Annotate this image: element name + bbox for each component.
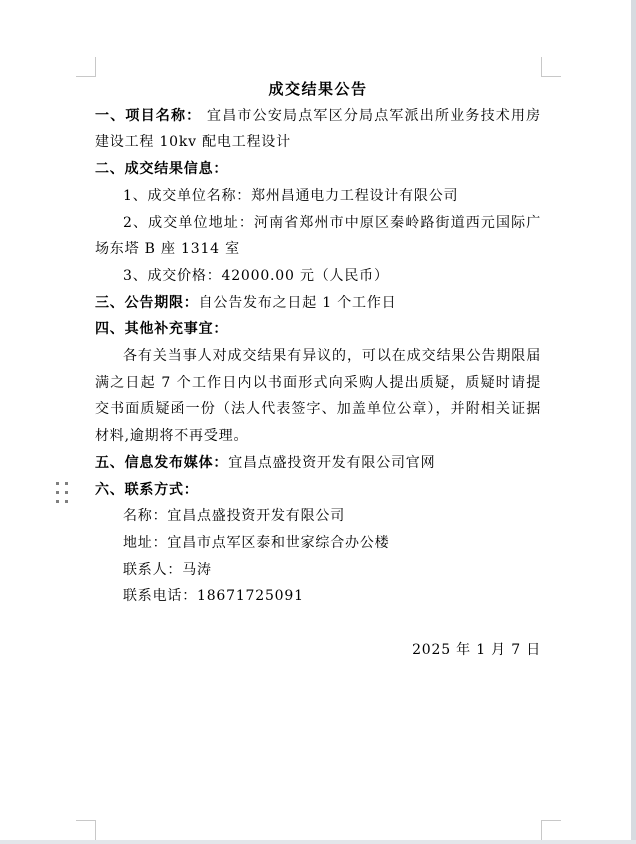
bottom-window-edge [0, 840, 636, 844]
paragraph-text: 名称：宜昌点盛投资开发有限公司 [123, 508, 345, 524]
paragraph-text: 1、成交单位名称：郑州昌通电力工程设计有限公司 [123, 188, 458, 204]
paragraph-result-heading: 二、成交结果信息： [95, 156, 541, 183]
paragraph-contact-name: 名称：宜昌点盛投资开发有限公司 [95, 503, 541, 530]
paragraph-winner-name: 1、成交单位名称：郑州昌通电力工程设计有限公司 [95, 183, 541, 210]
paragraph-project-name: 一、项目名称： 宜昌市公安局点军区分局点军派出所业务技术用房建设工程 10kv … [95, 103, 541, 156]
drag-handle-dot [56, 491, 59, 494]
paragraph-objection-note: 各有关当事人对成交结果有异议的，可以在成交结果公告期限届满之日起 7 个工作日内… [95, 343, 541, 450]
paragraph-contact-phone: 联系电话：18671725091 [95, 583, 541, 610]
paragraph-supplement-heading: 四、其他补充事宜： [95, 316, 541, 343]
section-label: 二、成交结果信息： [95, 161, 228, 177]
section-label: 六、联系方式： [95, 482, 199, 498]
margin-crop-mark-top-left [76, 57, 96, 77]
document-body: 成交结果公告 一、项目名称： 宜昌市公安局点军区分局点军派出所业务技术用房建设工… [95, 76, 541, 663]
paragraph-text: 地址：宜昌市点军区泰和世家综合办公楼 [123, 535, 389, 551]
margin-crop-mark-bottom-left [76, 820, 96, 840]
section-label: 五、信息发布媒体： [95, 455, 228, 471]
right-window-edge [631, 0, 636, 844]
document-title: 成交结果公告 [95, 76, 541, 103]
paragraph-text: 3、成交价格：42000.00 元（人民币） [123, 268, 389, 284]
paragraph-contact-person: 联系人：马涛 [95, 557, 541, 584]
drag-handle-dot [56, 500, 59, 503]
paragraph-text: 各有关当事人对成交结果有异议的，可以在成交结果公告期限届满之日起 7 个工作日内… [95, 348, 541, 444]
drag-handle-icon[interactable] [56, 482, 68, 503]
document-date: 2025 年 1 月 7 日 [95, 637, 541, 664]
paragraph-text: 联系电话：18671725091 [123, 588, 304, 604]
section-label: 四、其他补充事宜： [95, 321, 228, 337]
margin-crop-mark-bottom-right [541, 820, 561, 840]
document-page: 成交结果公告 一、项目名称： 宜昌市公安局点军区分局点军派出所业务技术用房建设工… [0, 0, 636, 844]
paragraph-price: 3、成交价格：42000.00 元（人民币） [95, 263, 541, 290]
paragraph-publish-media: 五、信息发布媒体：宜昌点盛投资开发有限公司官网 [95, 450, 541, 477]
paragraph-contact-heading: 六、联系方式： [95, 477, 541, 504]
paragraph-announcement-period: 三、公告期限：自公告发布之日起 1 个工作日 [95, 290, 541, 317]
paragraph-winner-address: 2、成交单位地址：河南省郑州市中原区秦岭路街道西元国际广场东塔 B 座 1314… [95, 210, 541, 263]
paragraph-text: 宜昌点盛投资开发有限公司官网 [228, 455, 435, 471]
drag-handle-dot [65, 482, 68, 485]
paragraph-contact-address: 地址：宜昌市点军区泰和世家综合办公楼 [95, 530, 541, 557]
section-label: 一、项目名称： [95, 108, 201, 124]
drag-handle-dot [56, 482, 59, 485]
drag-handle-dot [65, 491, 68, 494]
paragraph-text: 联系人：马涛 [123, 562, 212, 578]
section-label: 三、公告期限： [95, 295, 199, 311]
blank-line [95, 610, 541, 637]
margin-crop-mark-top-right [541, 57, 561, 77]
paragraph-text: 自公告发布之日起 1 个工作日 [199, 295, 397, 311]
paragraph-text: 2、成交单位地址：河南省郑州市中原区秦岭路街道西元国际广场东塔 B 座 1314… [95, 215, 541, 258]
drag-handle-dot [65, 500, 68, 503]
